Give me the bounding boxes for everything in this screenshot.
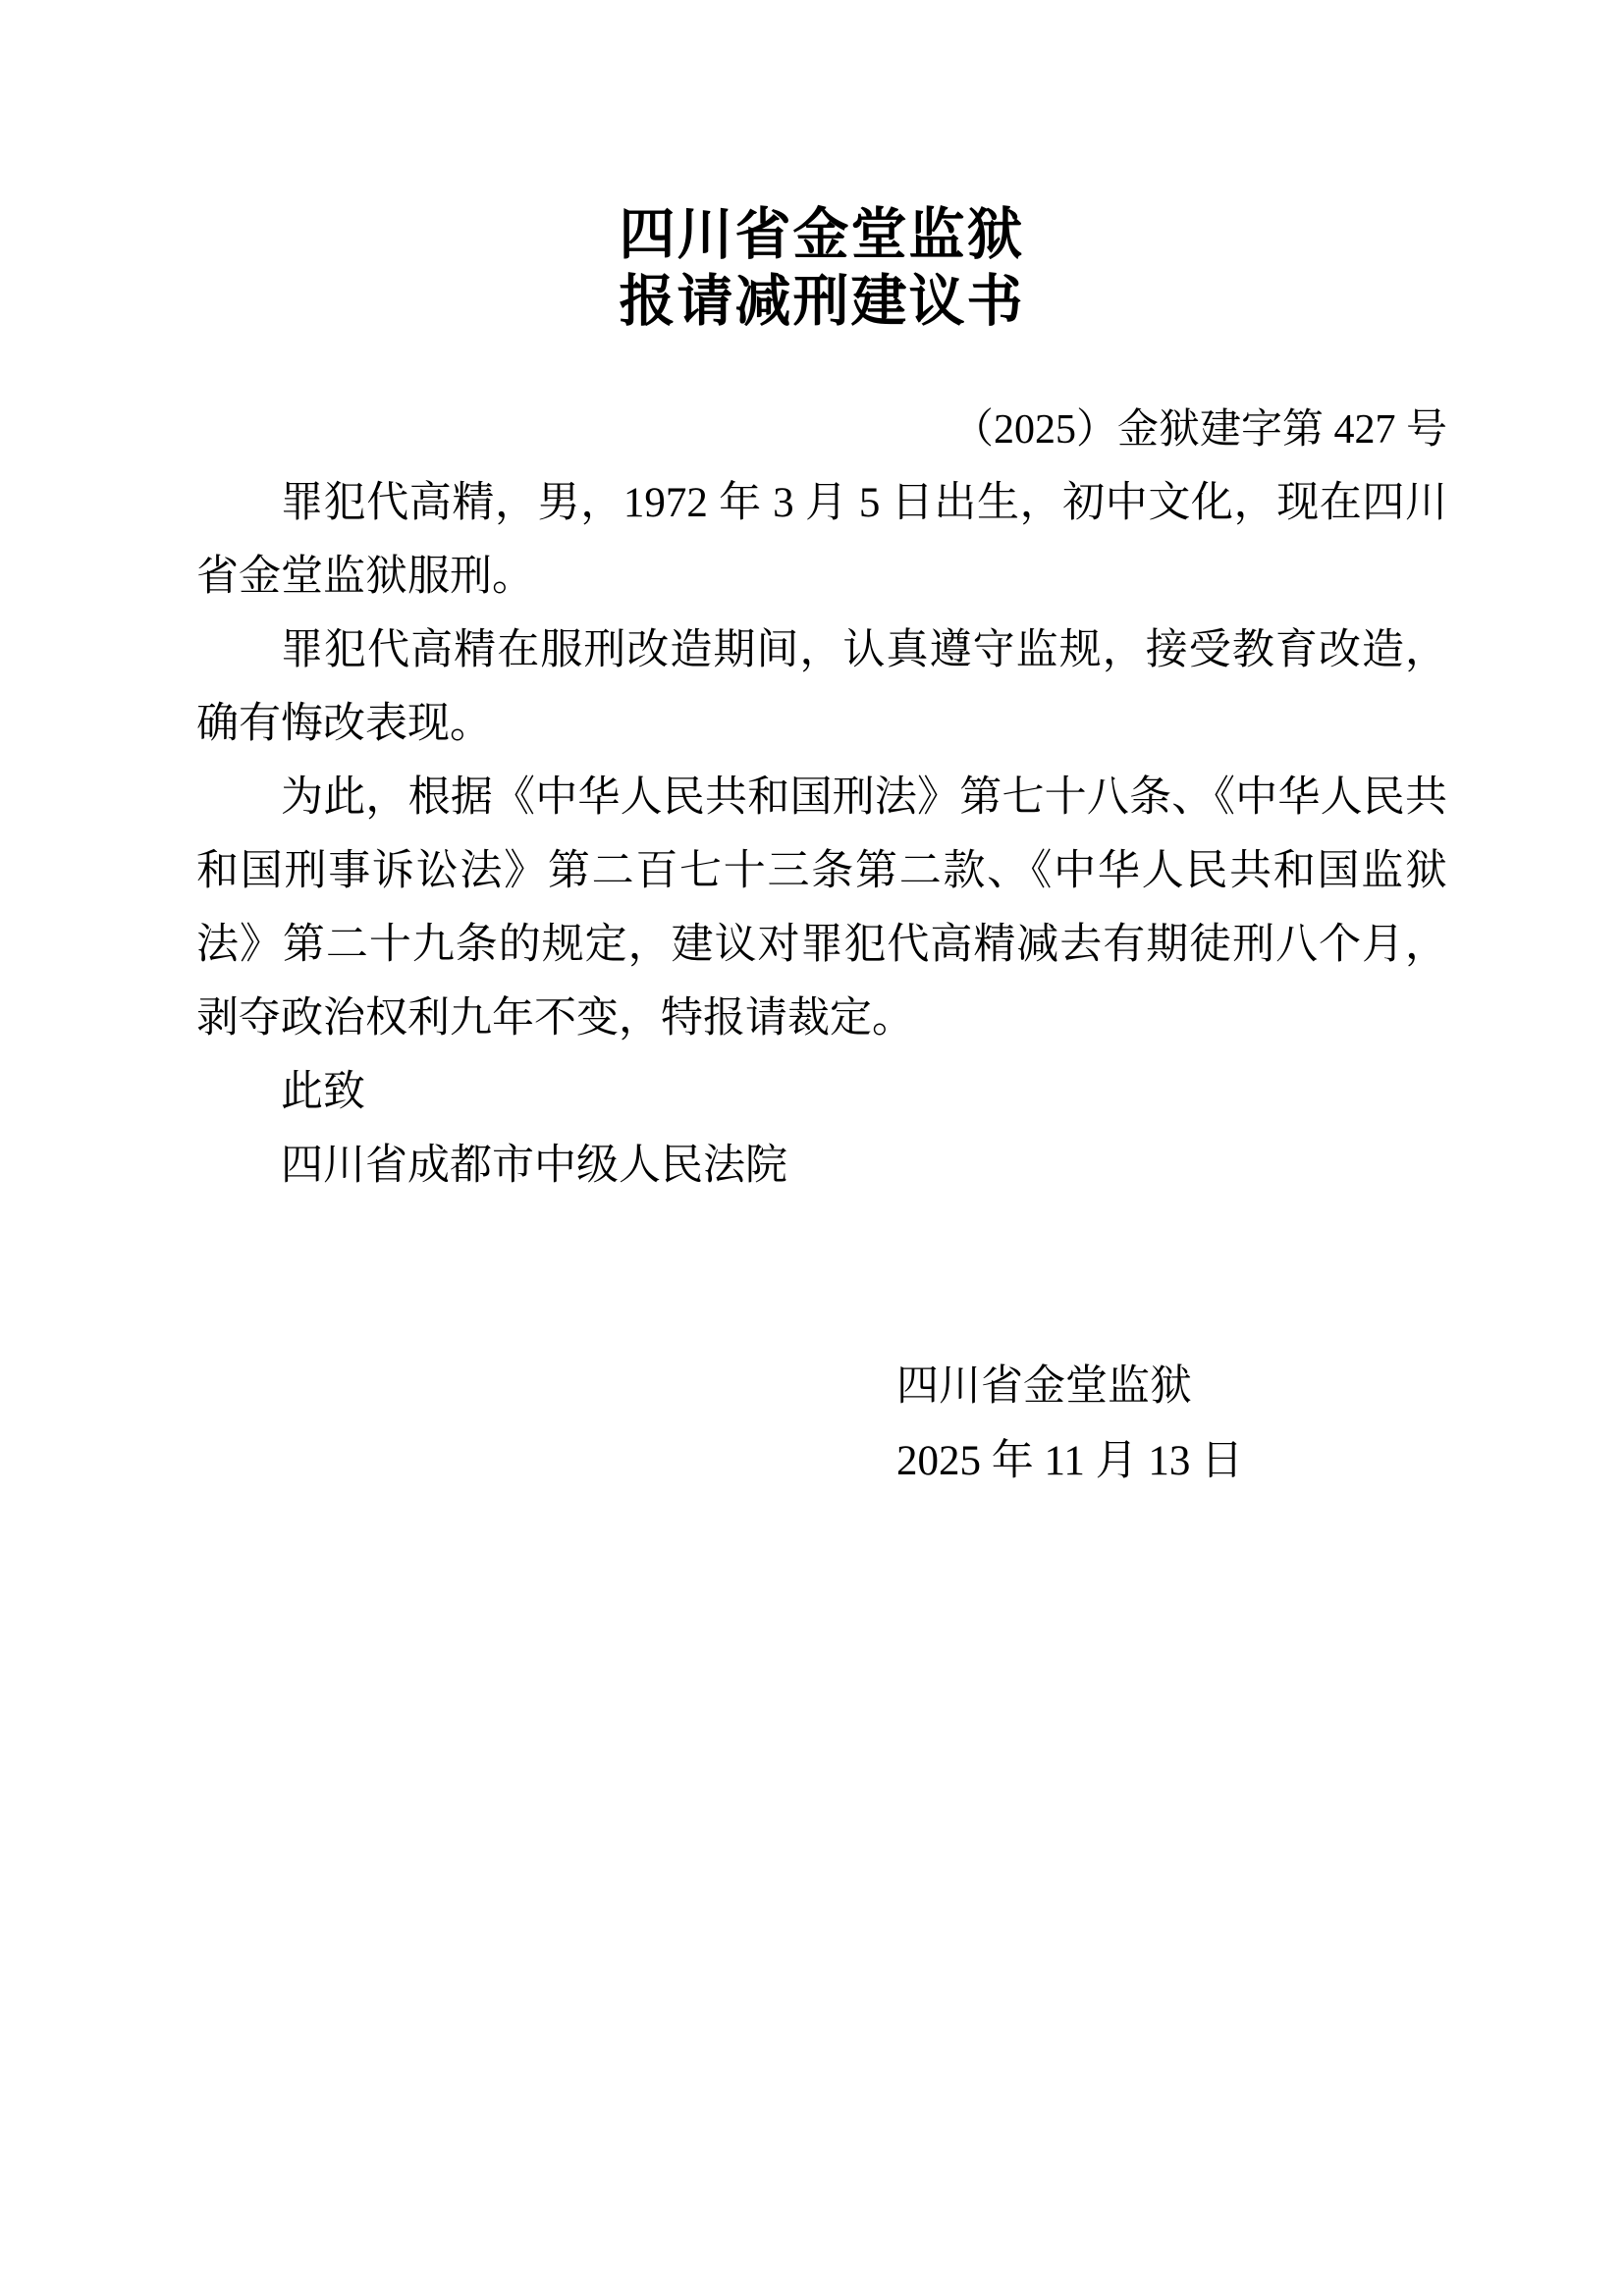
signature-block: 四川省金堂监狱 2025 年 11 月 13 日 (196, 1350, 1447, 1499)
paragraph-offender-info: 罪犯代高精，男，1972 年 3 月 5 日出生，初中文化，现在四川省金堂监狱服… (196, 466, 1447, 614)
signature-date: 2025 年 11 月 13 日 (896, 1424, 1447, 1499)
paragraph-legal-basis: 为此，根据《中华人民共和国刑法》第七十八条、《中华人民共和国刑事诉讼法》第二百七… (196, 761, 1447, 1055)
closing-phrase: 此致 (196, 1055, 1447, 1129)
title-line-1: 四川省金堂监狱 (196, 201, 1447, 268)
paragraph-performance: 罪犯代高精在服刑改造期间，认真遵守监规，接受教育改造，确有悔改表现。 (196, 614, 1447, 761)
signature-organization: 四川省金堂监狱 (896, 1350, 1447, 1424)
document-page: 四川省金堂监狱 报请减刑建议书 （2025）金狱建字第 427 号 罪犯代高精，… (0, 0, 1624, 2296)
document-title: 四川省金堂监狱 报请减刑建议书 (196, 201, 1447, 335)
document-number: （2025）金狱建字第 427 号 (196, 405, 1447, 454)
recipient-court: 四川省成都市中级人民法院 (196, 1129, 1447, 1202)
title-line-2: 报请减刑建议书 (196, 268, 1447, 335)
document-body: 罪犯代高精，男，1972 年 3 月 5 日出生，初中文化，现在四川省金堂监狱服… (196, 466, 1447, 1202)
